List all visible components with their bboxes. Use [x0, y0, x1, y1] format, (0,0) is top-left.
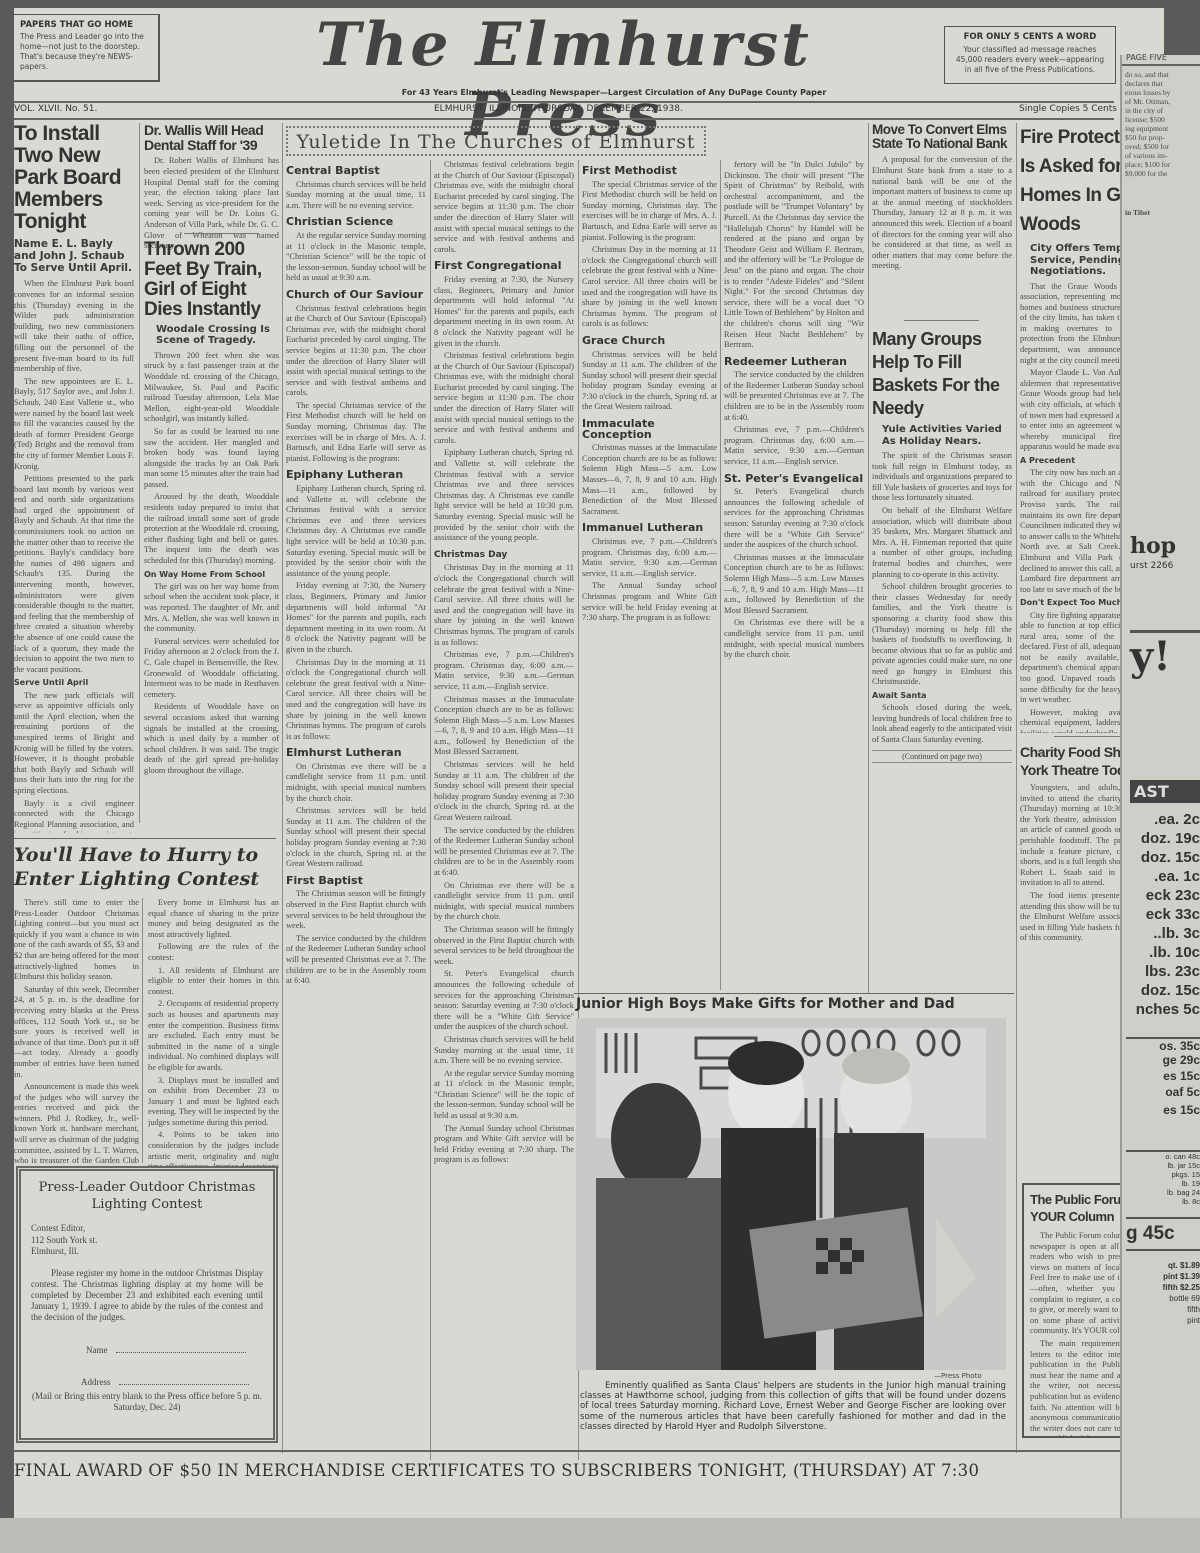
- park-board-body: When the Elmhurst Park board convenes fo…: [14, 279, 134, 833]
- entry-form-body: Please register my home in the outdoor C…: [31, 1268, 263, 1323]
- photo-headline: Junior High Boys Make Gifts for Mother a…: [576, 996, 1006, 1012]
- entry-form-coupon[interactable]: Press-Leader Outdoor Christmas Lighting …: [16, 1166, 278, 1443]
- article-train: Thrown 200 Feet By Train, Girl of Eight …: [144, 240, 279, 828]
- single-copy-price: Single Copies 5 Cents: [1019, 104, 1117, 114]
- left-ear-body: The Press and Leader go into the home—no…: [20, 32, 152, 72]
- yuletide-banner-text: Yuletide In The Churches of Elmhurst: [296, 131, 695, 153]
- grocery-prices-2: os. 35c ge 29c es 15c oaf 5c es 15c: [1126, 1037, 1200, 1121]
- article-baskets: Many Groups Help To Fill Baskets For the…: [872, 328, 1012, 988]
- article-lighting: You'll Have to Hurry to Enter Lighting C…: [14, 843, 279, 891]
- entry-form-footer: (Mail or Bring this entry blank to the P…: [31, 1391, 263, 1413]
- photo-credit: —Press Photo: [934, 1372, 982, 1380]
- grocery-prices: .ea. 2c doz. 19c doz. 15c .ea. 1c eck 23…: [1126, 810, 1200, 1019]
- photo-illustration-icon: [576, 1018, 1006, 1370]
- bank-rule: [904, 320, 979, 321]
- article-bank: Move To Convert Elms State To National B…: [872, 123, 1012, 272]
- grocery-prices-3: o. can 48c lb. jar 15c pkgs. 15 lb. 19 l…: [1126, 1150, 1200, 1206]
- bank-headline: Move To Convert Elms State To National B…: [872, 123, 1012, 151]
- adjacent-page-label: PAGE FIVE: [1122, 51, 1200, 66]
- train-body: Thrown 200 feet when she was struck by a…: [144, 351, 279, 777]
- col-divider: [868, 123, 869, 993]
- dental-body: Dr. Robert Wallis of Elmhurst has been e…: [144, 156, 279, 251]
- ad-exclaim: y!: [1130, 630, 1200, 680]
- yuletide-col-b: Christmas festival celebrations begin at…: [434, 160, 574, 1450]
- workshop-photo: [576, 1018, 1006, 1370]
- yuletide-col-c: First Methodist The special Christmas se…: [582, 160, 717, 990]
- baskets-body: The spirit of the Christmas season took …: [872, 451, 1012, 746]
- dateline: ELMHURST, ILLINOIS, THURSDAY, DECEMBER 2…: [434, 104, 683, 114]
- yuletide-banner: Yuletide In The Churches of Elmhurst: [286, 126, 706, 156]
- park-board-subhead: Name E. L. Bayly and John J. Schaub To S…: [14, 238, 134, 274]
- col-divider: [1016, 123, 1017, 1453]
- col-divider: [139, 123, 140, 823]
- dental-rule: [184, 233, 259, 234]
- adjacent-page-strip: PAGE FIVE do so, and that declares that …: [1120, 55, 1200, 1525]
- ad-phone: urst 2266: [1130, 561, 1173, 571]
- photo-caption: Eminently qualified as Santa Claus' help…: [580, 1381, 1006, 1432]
- right-ear-title: FOR ONLY 5 CENTS A WORD: [953, 32, 1107, 42]
- masthead-rule-top: [14, 101, 1114, 103]
- lighting-body-right: Every home in Elmhurst has an equal chan…: [148, 898, 279, 1168]
- scan-bottom-edge: [0, 1518, 1200, 1553]
- lighting-body-left: There's still time to enter the Press-Le…: [14, 898, 139, 1168]
- fire-rule: [1054, 736, 1129, 737]
- big-price: g 45c: [1126, 1217, 1200, 1251]
- col-divider: [142, 898, 143, 1163]
- yuletide-col-a: Central Baptist Christmas church service…: [286, 160, 426, 990]
- right-ear-body: Your classified ad message reaches 45,00…: [953, 45, 1107, 75]
- article-park-board: To Install Two New Park Board Members To…: [14, 123, 134, 833]
- entry-form-title: Press-Leader Outdoor Christmas Lighting …: [31, 1179, 263, 1213]
- col-divider: [282, 123, 283, 1453]
- ad-shop: hop: [1130, 533, 1176, 559]
- yuletide-col-d: fertory will be "In Dulci Jubilo" by Dic…: [724, 160, 864, 990]
- entry-form-address: Contest Editor, 112 South York st. Elmhu…: [31, 1223, 263, 1258]
- lighting-headline: You'll Have to Hurry to Enter Lighting C…: [14, 843, 279, 891]
- baskets-headline: Many Groups Help To Fill Baskets For the…: [872, 328, 1012, 420]
- dental-headline: Dr. Wallis Will Head Dental Staff for '3…: [144, 123, 279, 152]
- left-ear-title: PAPERS THAT GO HOME: [20, 20, 152, 30]
- continued-notice: (Continued on page two): [872, 750, 1012, 763]
- bank-body: A proposal for the conversion of the Elm…: [872, 155, 1012, 272]
- masthead-tagline: For 43 Years Elmhurst's Leading Newspape…: [334, 88, 894, 97]
- masthead-rule-bottom: [14, 118, 1114, 120]
- park-board-headline: To Install Two New Park Board Members To…: [14, 123, 134, 233]
- adjacent-snippets: do so, and that declares that erous loss…: [1122, 66, 1200, 221]
- col-divider: [430, 160, 431, 1460]
- train-headline: Thrown 200 Feet By Train, Girl of Eight …: [144, 240, 279, 320]
- baskets-subhead: Yule Activities Varied As Holiday Nears.: [882, 424, 1012, 447]
- entry-form-name-field[interactable]: Name: [86, 1345, 263, 1355]
- lighting-top-rule: [14, 838, 276, 839]
- right-ear-box: FOR ONLY 5 CENTS A WORD Your classified …: [944, 26, 1116, 84]
- train-subhead: Woodale Crossing Is Scene of Tragedy.: [156, 324, 279, 347]
- liquor-prices: qt. $1.89 pint $1.39 fifth $2.25 bottle …: [1126, 1260, 1200, 1326]
- bottom-banner-rule: [14, 1450, 1124, 1452]
- volume-number: VOL. XLVII. No. 51.: [14, 104, 97, 114]
- photo-top-rule: [574, 993, 1014, 994]
- col-divider: [720, 160, 721, 990]
- bottom-banner: FINAL AWARD OF $50 IN MERCHANDISE CERTIF…: [14, 1461, 1134, 1480]
- ad-label: AST: [1130, 780, 1200, 803]
- left-ear-box: PAPERS THAT GO HOME The Press and Leader…: [14, 14, 160, 82]
- newspaper-page: PAPERS THAT GO HOME The Press and Leader…: [14, 8, 1164, 1518]
- entry-form-address-field[interactable]: Address: [81, 1377, 263, 1387]
